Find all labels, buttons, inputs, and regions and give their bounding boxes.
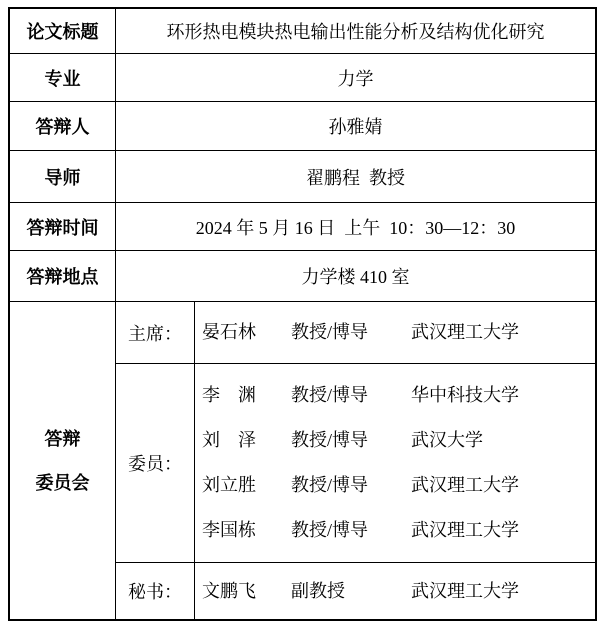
committee-members-row: 委员： 李 渊 教授/博导 华中科技大学 刘 泽 教授/博导 武汉大学 xyxy=(116,364,595,563)
member-affiliation: 武汉理工大学 xyxy=(411,521,595,540)
member-title: 教授/博导 xyxy=(291,476,411,495)
member-row: 刘 泽 教授/博导 武汉大学 xyxy=(202,431,595,450)
major-value: 力学 xyxy=(116,54,595,101)
defense-time-value: 2024 年 5 月 16 日 上午 10：30—12：30 xyxy=(116,203,595,250)
table-row: 答辩人 孙雅婧 xyxy=(10,102,595,151)
member-row: 李 渊 教授/博导 华中科技大学 xyxy=(202,386,595,405)
row-label-defense-location: 答辩地点 xyxy=(10,251,116,301)
table-row: 答辩地点 力学楼 410 室 xyxy=(10,251,595,302)
member-name: 李 渊 xyxy=(202,386,291,405)
member-row: 刘立胜 教授/博导 武汉理工大学 xyxy=(202,476,595,495)
row-label-major: 专业 xyxy=(10,54,116,101)
members-list: 李 渊 教授/博导 华中科技大学 刘 泽 教授/博导 武汉大学 刘立胜 教授/博… xyxy=(195,364,595,562)
table-row: 导师 翟鹏程 教授 xyxy=(10,151,595,203)
member-name: 刘立胜 xyxy=(202,476,291,495)
member-row: 文鹏飞 副教授 武汉理工大学 xyxy=(202,582,595,601)
member-affiliation: 华中科技大学 xyxy=(411,386,595,405)
member-affiliation: 武汉大学 xyxy=(411,431,595,450)
committee-label-line1: 答辩 xyxy=(45,430,81,448)
row-label-committee: 答辩 委员会 xyxy=(10,302,116,619)
row-label-thesis-title: 论文标题 xyxy=(10,9,116,53)
table-row: 专业 力学 xyxy=(10,54,595,102)
thesis-title-value: 环形热电模块热电输出性能分析及结构优化研究 xyxy=(116,9,595,53)
member-title: 教授/博导 xyxy=(291,431,411,450)
member-name: 文鹏飞 xyxy=(202,582,291,601)
member-title: 教授/博导 xyxy=(291,323,411,342)
committee-detail: 主席： 晏石林 教授/博导 武汉理工大学 委员： 李 渊 xyxy=(116,302,595,619)
secretary-members: 文鹏飞 副教授 武汉理工大学 xyxy=(195,563,595,619)
committee-chair-row: 主席： 晏石林 教授/博导 武汉理工大学 xyxy=(116,302,595,364)
committee-section: 答辩 委员会 主席： 晏石林 教授/博导 武汉理工大学 委员： xyxy=(10,302,595,619)
row-label-advisor: 导师 xyxy=(10,151,116,202)
row-label-defender: 答辩人 xyxy=(10,102,116,150)
member-affiliation: 武汉理工大学 xyxy=(411,323,595,342)
member-row: 李国栋 教授/博导 武汉理工大学 xyxy=(202,521,595,540)
table-row: 答辩时间 2024 年 5 月 16 日 上午 10：30—12：30 xyxy=(10,203,595,251)
committee-secretary-row: 秘书： 文鹏飞 副教授 武汉理工大学 xyxy=(116,563,595,619)
role-label-members: 委员： xyxy=(116,364,195,562)
member-row: 晏石林 教授/博导 武汉理工大学 xyxy=(202,323,595,342)
defender-value: 孙雅婧 xyxy=(116,102,595,150)
member-affiliation: 武汉理工大学 xyxy=(411,476,595,495)
committee-label-line2: 委员会 xyxy=(36,474,90,492)
member-title: 副教授 xyxy=(291,582,411,601)
role-label-secretary: 秘书： xyxy=(116,563,195,619)
member-title: 教授/博导 xyxy=(291,386,411,405)
member-affiliation: 武汉理工大学 xyxy=(411,582,595,601)
thesis-defense-notice-page: 论文标题 环形热电模块热电输出性能分析及结构优化研究 专业 力学 答辩人 孙雅婧… xyxy=(0,0,604,623)
member-name: 李国栋 xyxy=(202,521,291,540)
advisor-value: 翟鹏程 教授 xyxy=(116,151,595,202)
defense-info-table: 论文标题 环形热电模块热电输出性能分析及结构优化研究 专业 力学 答辩人 孙雅婧… xyxy=(8,7,597,621)
table-row: 论文标题 环形热电模块热电输出性能分析及结构优化研究 xyxy=(10,9,595,54)
member-title: 教授/博导 xyxy=(291,521,411,540)
role-label-chair: 主席： xyxy=(116,302,195,363)
chair-members: 晏石林 教授/博导 武汉理工大学 xyxy=(195,302,595,363)
defense-location-value: 力学楼 410 室 xyxy=(116,251,595,301)
row-label-defense-time: 答辩时间 xyxy=(10,203,116,250)
member-name: 晏石林 xyxy=(202,323,291,342)
member-name: 刘 泽 xyxy=(202,431,291,450)
